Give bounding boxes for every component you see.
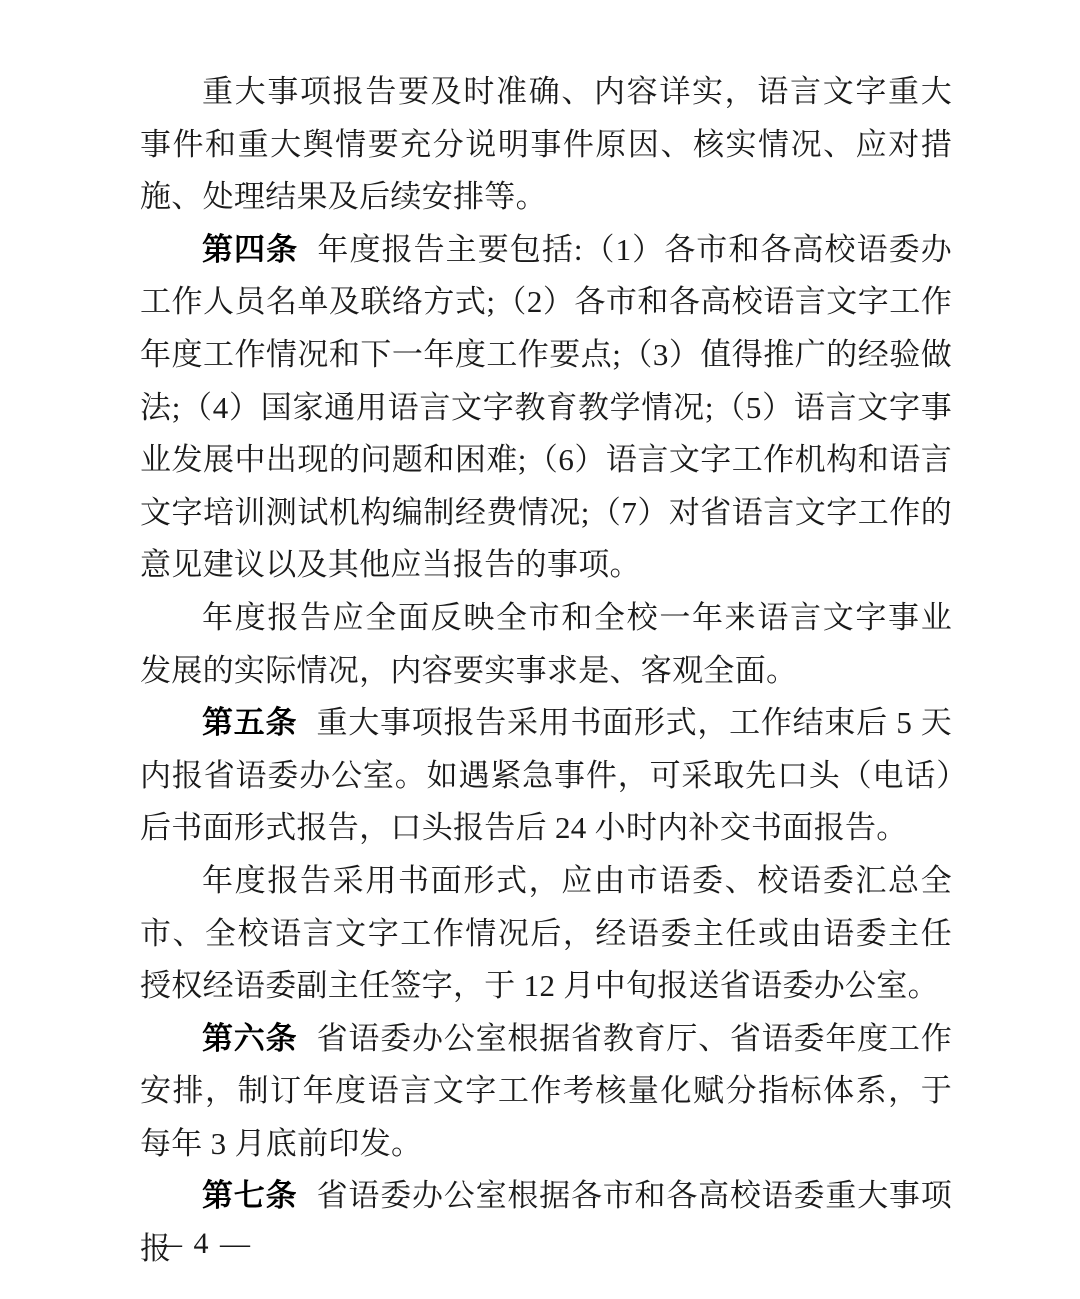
article-number: 第五条 xyxy=(202,705,297,740)
document-page: 重大事项报告要及时准确、内容详实，语言文字重大事件和重大舆情要充分说明事件原因、… xyxy=(0,0,1080,1299)
paragraph-article-7: 第七条省语委办公室根据各市和各高校语委重大事项报 xyxy=(140,1170,952,1275)
paragraph-text: 年度报告主要包括:（1）各市和各高校语委办工作人员名单及联络方式;（2）各市和各… xyxy=(140,232,952,583)
article-number: 第六条 xyxy=(202,1021,297,1056)
paragraph-article-4: 第四条年度报告主要包括:（1）各市和各高校语委办工作人员名单及联络方式;（2）各… xyxy=(140,224,952,592)
paragraph-major-events-reporting: 重大事项报告要及时准确、内容详实，语言文字重大事件和重大舆情要充分说明事件原因、… xyxy=(140,66,952,224)
article-number: 第四条 xyxy=(202,232,298,267)
paragraph-text: 年度报告采用书面形式，应由市语委、校语委汇总全市、全校语言文字工作情况后，经语委… xyxy=(140,863,952,1003)
paragraph-annual-report-form: 年度报告采用书面形式，应由市语委、校语委汇总全市、全校语言文字工作情况后，经语委… xyxy=(140,855,952,1013)
page-number: — 4 — xyxy=(152,1224,252,1264)
paragraph-annual-report-scope: 年度报告应全面反映全市和全校一年来语言文字事业发展的实际情况，内容要实事求是、客… xyxy=(140,592,952,697)
document-body: 重大事项报告要及时准确、内容详实，语言文字重大事件和重大舆情要充分说明事件原因、… xyxy=(140,66,952,1276)
paragraph-text: 重大事项报告要及时准确、内容详实，语言文字重大事件和重大舆情要充分说明事件原因、… xyxy=(140,74,952,214)
paragraph-article-6: 第六条省语委办公室根据省教育厅、省语委年度工作安排，制订年度语言文字工作考核量化… xyxy=(140,1013,952,1171)
paragraph-text: 年度报告应全面反映全市和全校一年来语言文字事业发展的实际情况，内容要实事求是、客… xyxy=(140,600,952,688)
paragraph-article-5: 第五条重大事项报告采用书面形式，工作结束后 5 天内报省语委办公室。如遇紧急事件… xyxy=(140,697,952,855)
article-number: 第七条 xyxy=(202,1178,297,1213)
